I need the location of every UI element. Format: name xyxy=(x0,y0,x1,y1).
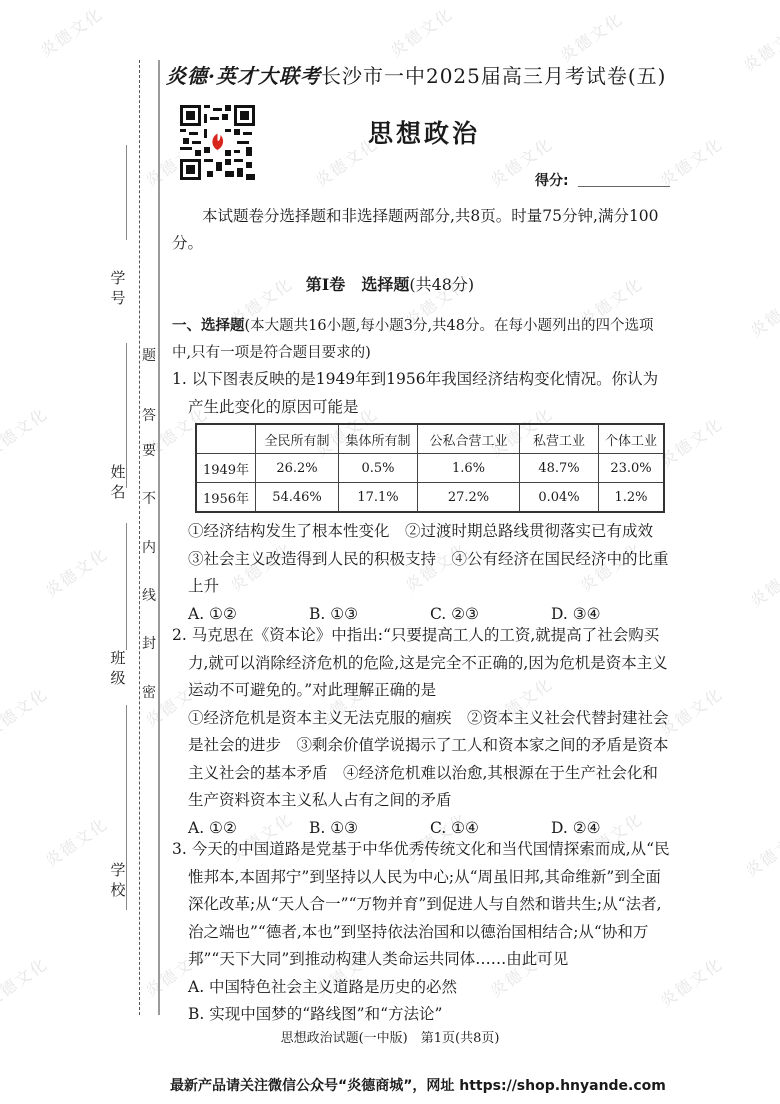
part-title: 一、选择题 xyxy=(172,317,245,334)
table-row: 1949年 26.2% 0.5% 1.6% 48.7% 23.0% xyxy=(196,454,664,483)
table-row: 1956年 54.46% 17.1% 27.2% 0.04% 1.2% xyxy=(196,483,664,513)
seal-char: 线 xyxy=(141,585,157,605)
subject-title: 思想政治 xyxy=(368,114,480,150)
question-stem: 2. 马克思在《资本论》中指出:“只要提高工人的工资,就提高了社会购买力,就可以… xyxy=(172,622,672,705)
table-cell: 1.2% xyxy=(599,483,665,513)
economic-structure-table: 全民所有制 集体所有制 公私合营工业 私营工业 个体工业 1949年 26.2%… xyxy=(195,423,665,513)
part-heading: 一、选择题(本大题共16小题,每小题3分,共48分。在每小题列出的四个选项中,只… xyxy=(172,312,672,367)
watermark: 炎德文化 xyxy=(40,811,112,871)
section-title: 第Ⅰ卷 选择题(共48分) xyxy=(0,272,780,295)
question-stem: 3. 今天的中国道路是党基于中华优秀传统文化和当代国情探索而成,从“民惟邦本,本… xyxy=(172,836,672,974)
table-cell: 54.46% xyxy=(256,483,339,513)
score-label: 得分: xyxy=(535,170,569,190)
label-school: 学校 xyxy=(108,860,128,900)
section-volume: 第Ⅰ卷 xyxy=(306,275,346,294)
section-points: (共48分) xyxy=(409,275,474,294)
part-note: (本大题共16小题,每小题3分,共48分。在每小题列出的四个选项中,只有一项是符… xyxy=(172,318,654,361)
watermark: 炎德文化 xyxy=(385,1,457,61)
table-cell: 1956年 xyxy=(196,483,256,513)
seal-char: 封 xyxy=(141,633,157,653)
watermark: 炎德文化 xyxy=(40,541,112,601)
watermark: 炎德文化 xyxy=(655,131,727,191)
exam-instructions: 本试题卷分选择题和非选择题两部分,共8页。时量75分钟,满分100分。 xyxy=(172,203,672,257)
page-border-line xyxy=(158,60,160,1015)
table-cell: 23.0% xyxy=(599,454,665,483)
question-statements: ①经济危机是资本主义无法克服的痼疾 ②资本主义社会代替封建社会是社会的进步 ③剩… xyxy=(172,705,672,815)
student-id-fill-line xyxy=(126,145,127,240)
label-class: 班级 xyxy=(108,648,128,688)
seal-char: 密 xyxy=(141,682,157,702)
table-cell: 全民所有制 xyxy=(256,424,339,454)
option-b[interactable]: B. 实现中国梦的“路线图”和“方法论” xyxy=(172,1001,672,1029)
seal-dotted-line xyxy=(139,60,140,1015)
question-3: 3. 今天的中国道路是党基于中华优秀传统文化和当代国情探索而成,从“民惟邦本,本… xyxy=(172,836,672,1029)
page-footer: 思想政治试题(一中版) 第1页(共8页) xyxy=(0,1027,780,1046)
table-cell: 0.04% xyxy=(520,483,599,513)
watermark: 炎德文化 xyxy=(0,951,52,1011)
table-cell: 27.2% xyxy=(418,483,520,513)
seal-char: 不 xyxy=(141,488,157,508)
label-name: 姓名 xyxy=(108,462,128,502)
table-cell xyxy=(196,424,256,454)
option-a[interactable]: A. 中国特色社会主义道路是历史的必然 xyxy=(172,974,672,1002)
question-statements: ①经济结构发生了根本性变化 ②过渡时期总路线贯彻落实已有成效 ③社会主义改造得到… xyxy=(172,518,672,601)
promo-banner[interactable]: 最新产品请关注微信公众号“炎德商城”，网址 https://shop.hnyan… xyxy=(170,1075,666,1095)
table-cell: 26.2% xyxy=(256,454,339,483)
seal-char: 要 xyxy=(141,440,157,460)
watermark: 炎德文化 xyxy=(35,1,107,61)
score-input-line[interactable] xyxy=(578,186,670,187)
table-header-row: 全民所有制 集体所有制 公私合营工业 私营工业 个体工业 xyxy=(196,424,664,454)
table-cell: 1949年 xyxy=(196,454,256,483)
table-cell: 集体所有制 xyxy=(339,424,418,454)
watermark: 炎德文化 xyxy=(738,16,780,76)
watermark: 炎德文化 xyxy=(745,551,780,611)
table-cell: 0.5% xyxy=(339,454,418,483)
watermark: 炎德文化 xyxy=(0,401,52,461)
qr-code-icon xyxy=(180,105,255,180)
question-1-options: ①经济结构发生了根本性变化 ②过渡时期总路线贯彻落实已有成效 ③社会主义改造得到… xyxy=(172,518,672,628)
watermark: 炎德文化 xyxy=(0,681,52,741)
watermark: 炎德文化 xyxy=(740,821,780,881)
question-2: 2. 马克思在《资本论》中指出:“只要提高工人的工资,就提高了社会购买力,就可以… xyxy=(172,622,672,842)
exam-header-title: 炎德·英才大联考长沙市一中2025届高三月考试卷(五) xyxy=(166,60,666,89)
brand-name: 炎德·英才大联考 xyxy=(166,64,321,88)
section-type: 选择题 xyxy=(361,275,409,294)
table-cell: 私营工业 xyxy=(520,424,599,454)
seal-char: 内 xyxy=(141,537,157,557)
question-stem: 1. 以下图表反映的是1949年到1956年我国经济结构变化情况。你认为产生此变… xyxy=(172,366,672,421)
question-1: 1. 以下图表反映的是1949年到1956年我国经济结构变化情况。你认为产生此变… xyxy=(172,366,672,421)
seal-char: 答 xyxy=(141,405,157,425)
class-fill-line xyxy=(126,523,127,650)
table-cell: 公私合营工业 xyxy=(418,424,520,454)
table-cell: 48.7% xyxy=(520,454,599,483)
seal-char: 题 xyxy=(141,345,157,365)
exam-title: 长沙市一中2025届高三月考试卷(五) xyxy=(321,64,667,88)
watermark: 炎德文化 xyxy=(555,6,627,66)
table-cell: 个体工业 xyxy=(599,424,665,454)
table-cell: 1.6% xyxy=(418,454,520,483)
table-cell: 17.1% xyxy=(339,483,418,513)
